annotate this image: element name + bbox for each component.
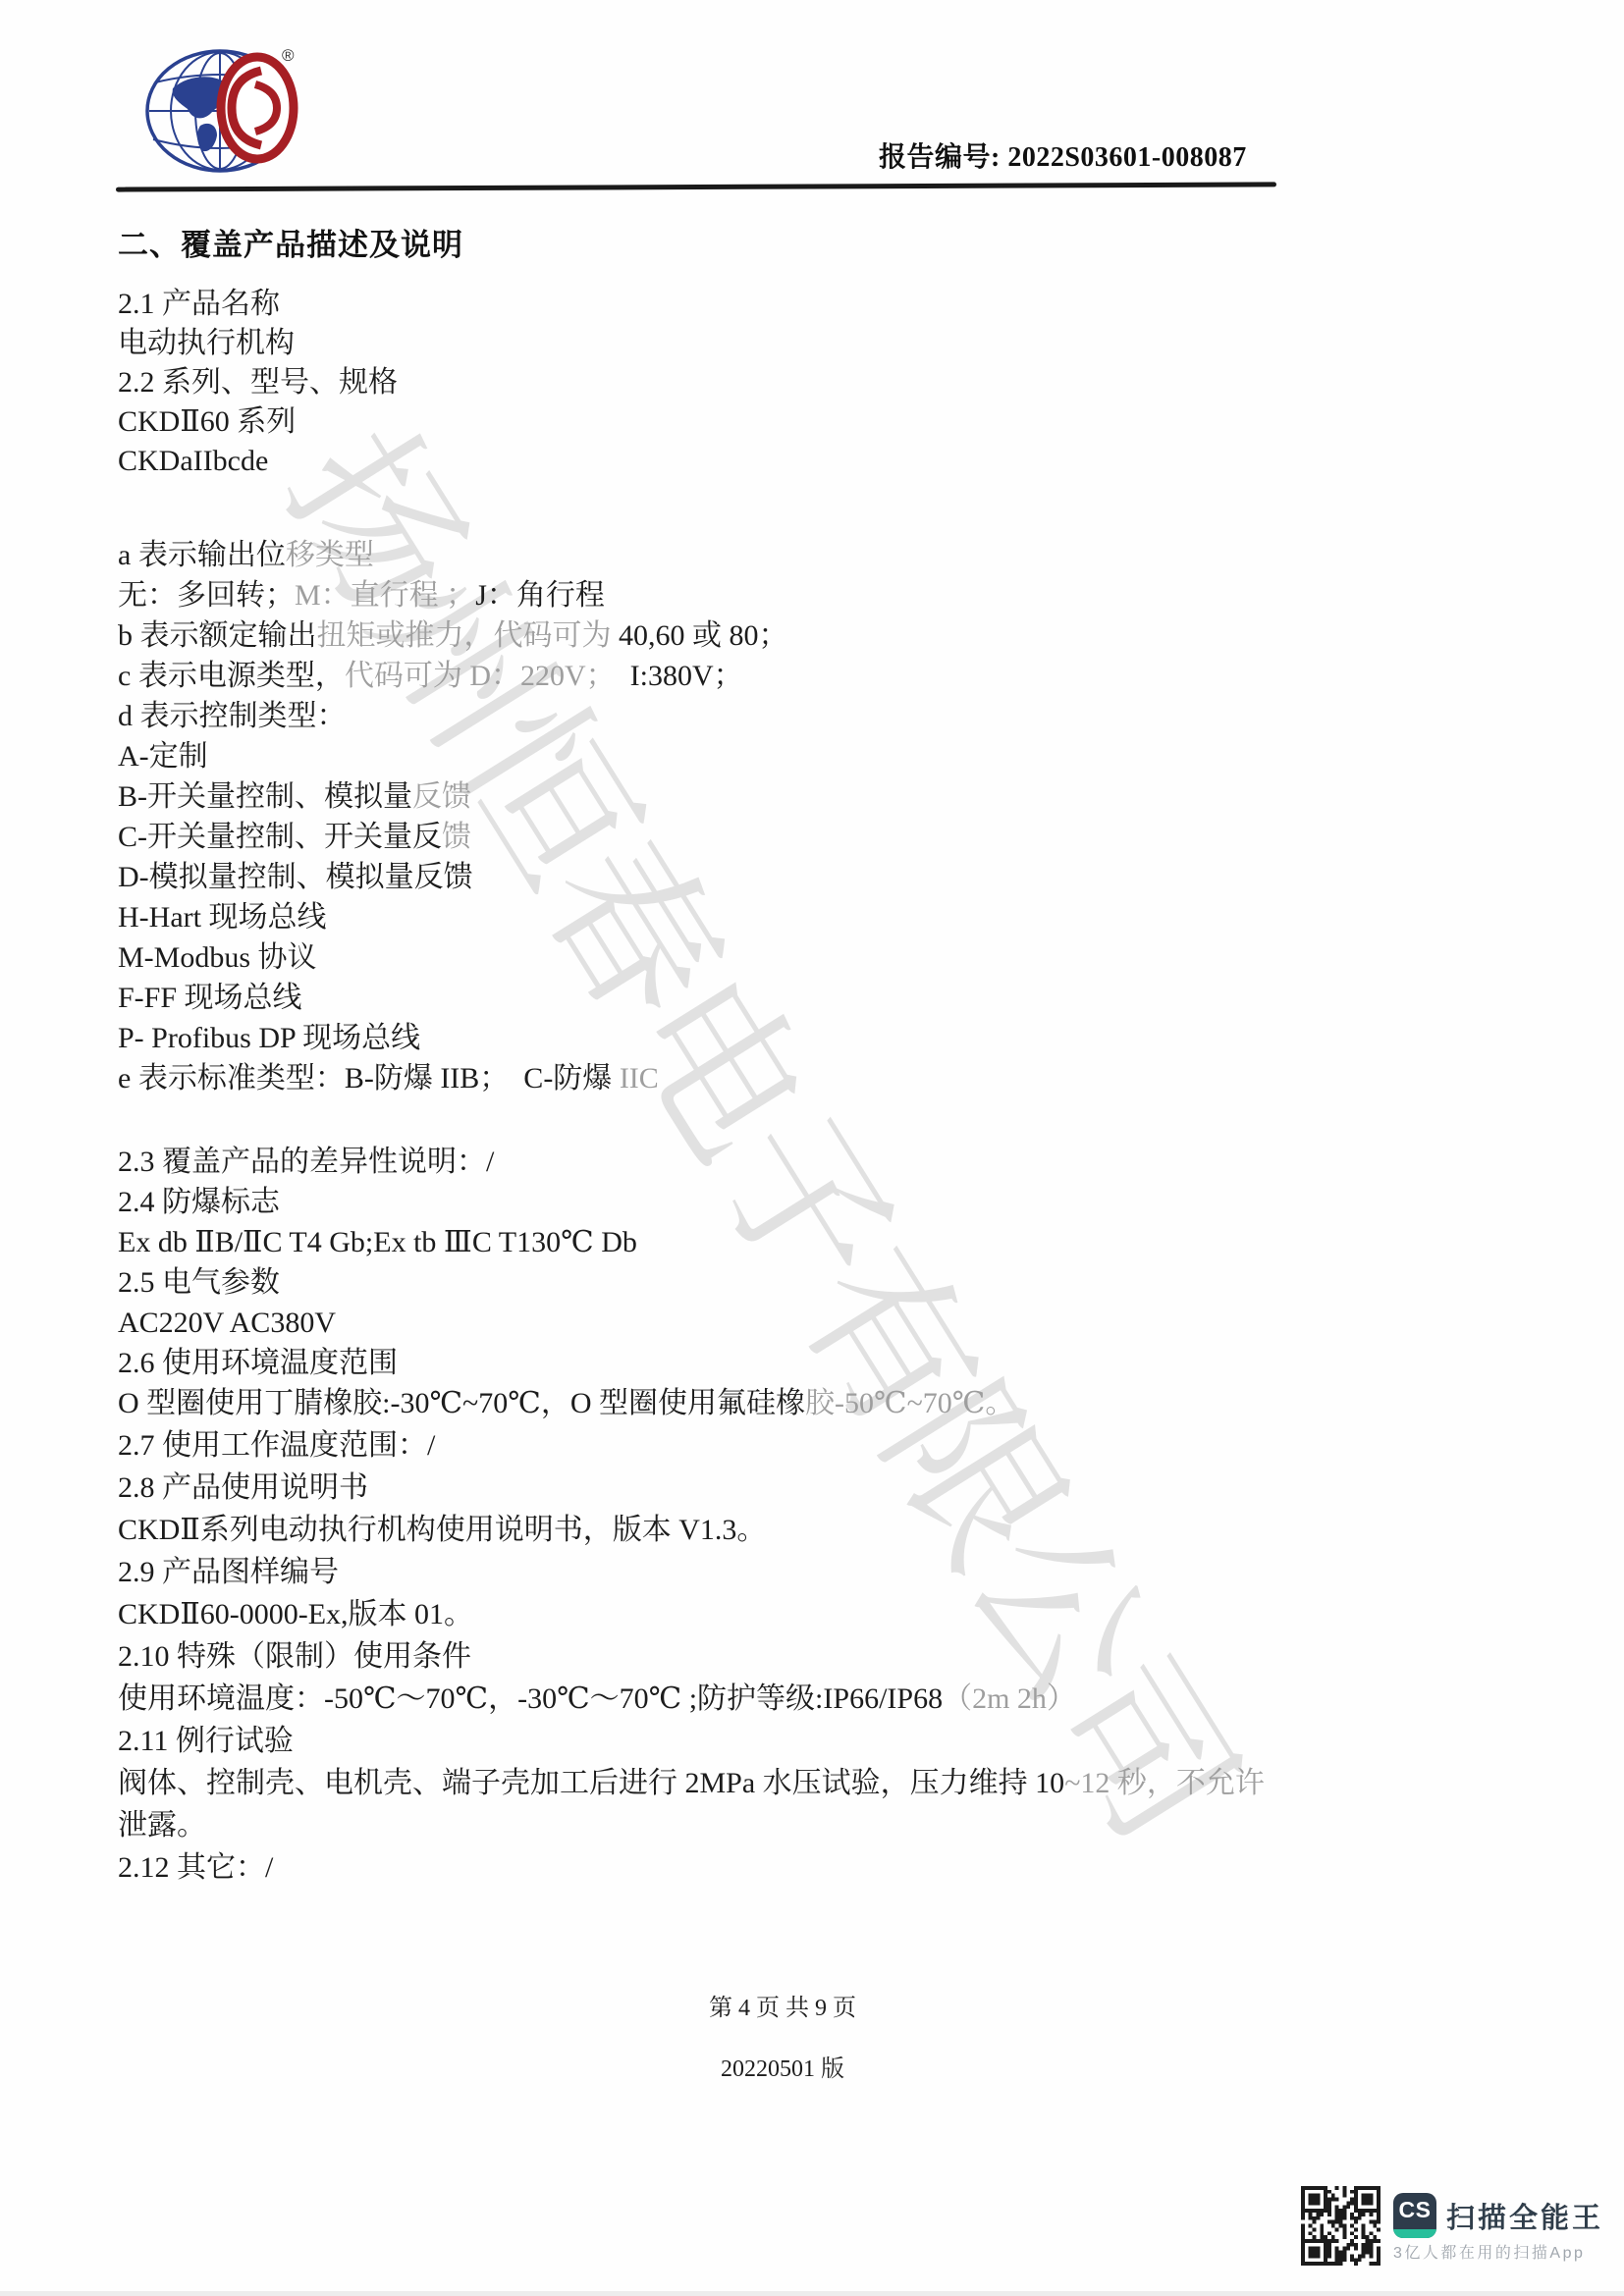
text-line: F-FF 现场总线 — [118, 978, 1512, 1018]
text-segment: 2.10 特殊（限制）使用条件 — [118, 1640, 471, 1673]
text-segment: 电动执行机构 — [118, 327, 295, 359]
text-segment: b 表示额定输出 — [118, 619, 317, 652]
text-segment: 反馈 — [412, 780, 471, 813]
text-line: a 表示输出位移类型 — [118, 535, 1512, 575]
text-segment: M-Modbus 协议 — [118, 941, 317, 974]
text-line: CKDⅡ60-0000-Ex,版本 01。 — [118, 1593, 1512, 1635]
text-line: 电动执行机构 — [118, 324, 1512, 363]
text-segment: F-FF 现场总线 — [118, 982, 302, 1014]
text-line: c 表示电源类型，代码可为 D：220V； I:380V； — [118, 656, 1512, 696]
text-segment: 使用环境温度：-50℃～70℃，-30℃～70℃ ;防护等级:IP66/IP68 — [118, 1682, 943, 1715]
text-segment: 2.9 产品图样编号 — [118, 1556, 339, 1588]
text-segment: 2.12 其它：/ — [118, 1851, 273, 1884]
text-segment: 阀体、控制壳、电机壳、端子壳加工后进行 2MPa 水压试验，压力维持 10 — [118, 1767, 1064, 1799]
text-block-model-codes: a 表示输出位移类型无：多回转；M：直行程 ；J：角行程b 表示额定输出扭矩或推… — [118, 535, 1512, 1098]
text-segment: ~12 秒，不允许 — [1064, 1767, 1265, 1799]
text-segment: 胶-50℃~70℃。 — [805, 1387, 1014, 1419]
text-segment: B-开关量控制、模拟量 — [118, 780, 412, 813]
text-line: 2.11 例行试验 — [118, 1720, 1512, 1762]
text-segment: （2m 2h） — [943, 1682, 1076, 1715]
text-segment: 2.2 系列、型号、规格 — [118, 366, 398, 399]
text-line: C-开关量控制、开关量反馈 — [118, 817, 1512, 857]
text-line: 2.10 特殊（限制）使用条件 — [118, 1635, 1512, 1678]
text-segment: 2.4 防爆标志 — [118, 1186, 280, 1218]
text-segment: 泄露。 — [118, 1809, 206, 1842]
text-segment: CKDⅡ系列电动执行机构使用说明书，版本 V1.3。 — [118, 1514, 766, 1546]
text-line: A-定制 — [118, 736, 1512, 776]
text-line: 2.4 防爆标志 — [118, 1182, 1512, 1222]
text-line: 2.5 电气参数 — [118, 1262, 1512, 1303]
text-line: b 表示额定输出扭矩或推力，代码可为 40,60 或 80； — [118, 615, 1512, 656]
text-line: M-Modbus 协议 — [118, 937, 1512, 978]
text-line: Ex db ⅡB/ⅡC T4 Gb;Ex tb ⅢC T130℃ Db — [118, 1222, 1512, 1262]
text-block-conditions: O 型圈使用丁腈橡胶:-30℃~70℃，O 型圈使用氟硅橡胶-50℃~70℃。2… — [118, 1382, 1512, 1889]
text-segment: 2.11 例行试验 — [118, 1725, 294, 1757]
text-line: CKDaIIbcde — [118, 442, 1512, 481]
text-line: P- Profibus DP 现场总线 — [118, 1018, 1512, 1058]
text-line: 2.12 其它：/ — [118, 1846, 1512, 1889]
text-line: D-模拟量控制、模拟量反馈 — [118, 857, 1512, 897]
text-line: 无：多回转；M：直行程 ；J：角行程 — [118, 575, 1512, 615]
text-segment: 无：多回转； — [118, 579, 295, 612]
text-line: 2.8 产品使用说明书 — [118, 1467, 1512, 1509]
document-content: 二、覆盖产品描述及说明 2.1 产品名称电动执行机构2.2 系列、型号、规格CK… — [0, 0, 1624, 2296]
text-segment: I:380V； — [616, 660, 743, 692]
text-segment: 2.3 覆盖产品的差异性说明：/ — [118, 1146, 494, 1178]
text-line: e 表示标准类型：B-防爆 IIB； C-防爆 IIC — [118, 1058, 1512, 1098]
scanned-document-page: 扬州恒春电子有限公司 ® 报告编号: 2022S03601-008087 二、覆… — [0, 0, 1624, 2296]
text-segment: P- Profibus DP 现场总线 — [118, 1022, 420, 1054]
text-segment: D-模拟量控制、模拟量反馈 — [118, 861, 473, 893]
text-line: 2.7 使用工作温度范围：/ — [118, 1424, 1512, 1467]
text-segment: 2.1 产品名称 — [118, 288, 280, 320]
text-segment: 2.7 使用工作温度范围：/ — [118, 1429, 435, 1462]
text-segment: Ex db ⅡB/ⅡC T4 Gb;Ex tb ⅢC T130℃ Db — [118, 1226, 637, 1258]
text-line: CKDⅡ系列电动执行机构使用说明书，版本 V1.3。 — [118, 1509, 1512, 1551]
text-line: 2.3 覆盖产品的差异性说明：/ — [118, 1142, 1512, 1182]
text-segment: 移类型 — [286, 539, 374, 571]
text-line: 2.6 使用环境温度范围 — [118, 1343, 1512, 1383]
text-line: CKDⅡ60 系列 — [118, 402, 1512, 442]
text-segment: e 表示标准类型：B-防爆 IIB； C-防爆 — [118, 1062, 620, 1095]
text-segment: c 表示电源类型， — [118, 660, 345, 692]
text-line: 2.9 产品图样编号 — [118, 1551, 1512, 1593]
text-line: 2.2 系列、型号、规格 — [118, 363, 1512, 402]
text-segment: J：角行程 — [475, 579, 605, 612]
text-segment: d 表示控制类型： — [118, 700, 347, 732]
text-segment: 扭矩或推力，代码可为 — [317, 619, 612, 652]
text-line: 2.1 产品名称 — [118, 285, 1512, 324]
text-line: B-开关量控制、模拟量反馈 — [118, 776, 1512, 817]
text-segment: M：直行程 ； — [295, 579, 475, 612]
text-segment: 2.6 使用环境温度范围 — [118, 1347, 398, 1379]
text-segment: 代码可为 D：220V； — [345, 660, 616, 692]
text-segment: CKDⅡ60-0000-Ex,版本 01。 — [118, 1598, 473, 1630]
text-segment: H-Hart 现场总线 — [118, 901, 326, 934]
section-heading: 二、覆盖产品描述及说明 — [118, 220, 463, 264]
text-segment: 2.8 产品使用说明书 — [118, 1471, 368, 1504]
text-segment: C-开关量控制、开关量反 — [118, 821, 442, 853]
text-line: 泄露。 — [118, 1804, 1512, 1846]
text-segment: a 表示输出位 — [118, 539, 286, 571]
text-segment: 40,60 或 80； — [612, 619, 788, 652]
text-segment: AC220V AC380V — [118, 1307, 336, 1339]
text-line: d 表示控制类型： — [118, 696, 1512, 736]
text-segment: A-定制 — [118, 740, 208, 773]
text-block-product: 2.1 产品名称电动执行机构2.2 系列、型号、规格CKDⅡ60 系列CKDaI… — [118, 285, 1512, 481]
text-segment: CKDⅡ60 系列 — [118, 405, 296, 438]
text-segment: O 型圈使用丁腈橡胶:-30℃~70℃，O 型圈使用氟硅橡 — [118, 1387, 805, 1419]
text-segment: IIC — [620, 1062, 659, 1095]
text-block-ex-marking: 2.3 覆盖产品的差异性说明：/2.4 防爆标志Ex db ⅡB/ⅡC T4 G… — [118, 1142, 1512, 1383]
text-line: AC220V AC380V — [118, 1303, 1512, 1343]
text-line: H-Hart 现场总线 — [118, 897, 1512, 937]
text-segment: CKDaIIbcde — [118, 445, 268, 477]
text-line: O 型圈使用丁腈橡胶:-30℃~70℃，O 型圈使用氟硅橡胶-50℃~70℃。 — [118, 1382, 1512, 1424]
text-line: 使用环境温度：-50℃～70℃，-30℃～70℃ ;防护等级:IP66/IP68… — [118, 1678, 1512, 1720]
text-segment: 2.5 电气参数 — [118, 1266, 280, 1299]
text-segment: 馈 — [442, 821, 471, 853]
text-line: 阀体、控制壳、电机壳、端子壳加工后进行 2MPa 水压试验，压力维持 10~12… — [118, 1762, 1512, 1804]
